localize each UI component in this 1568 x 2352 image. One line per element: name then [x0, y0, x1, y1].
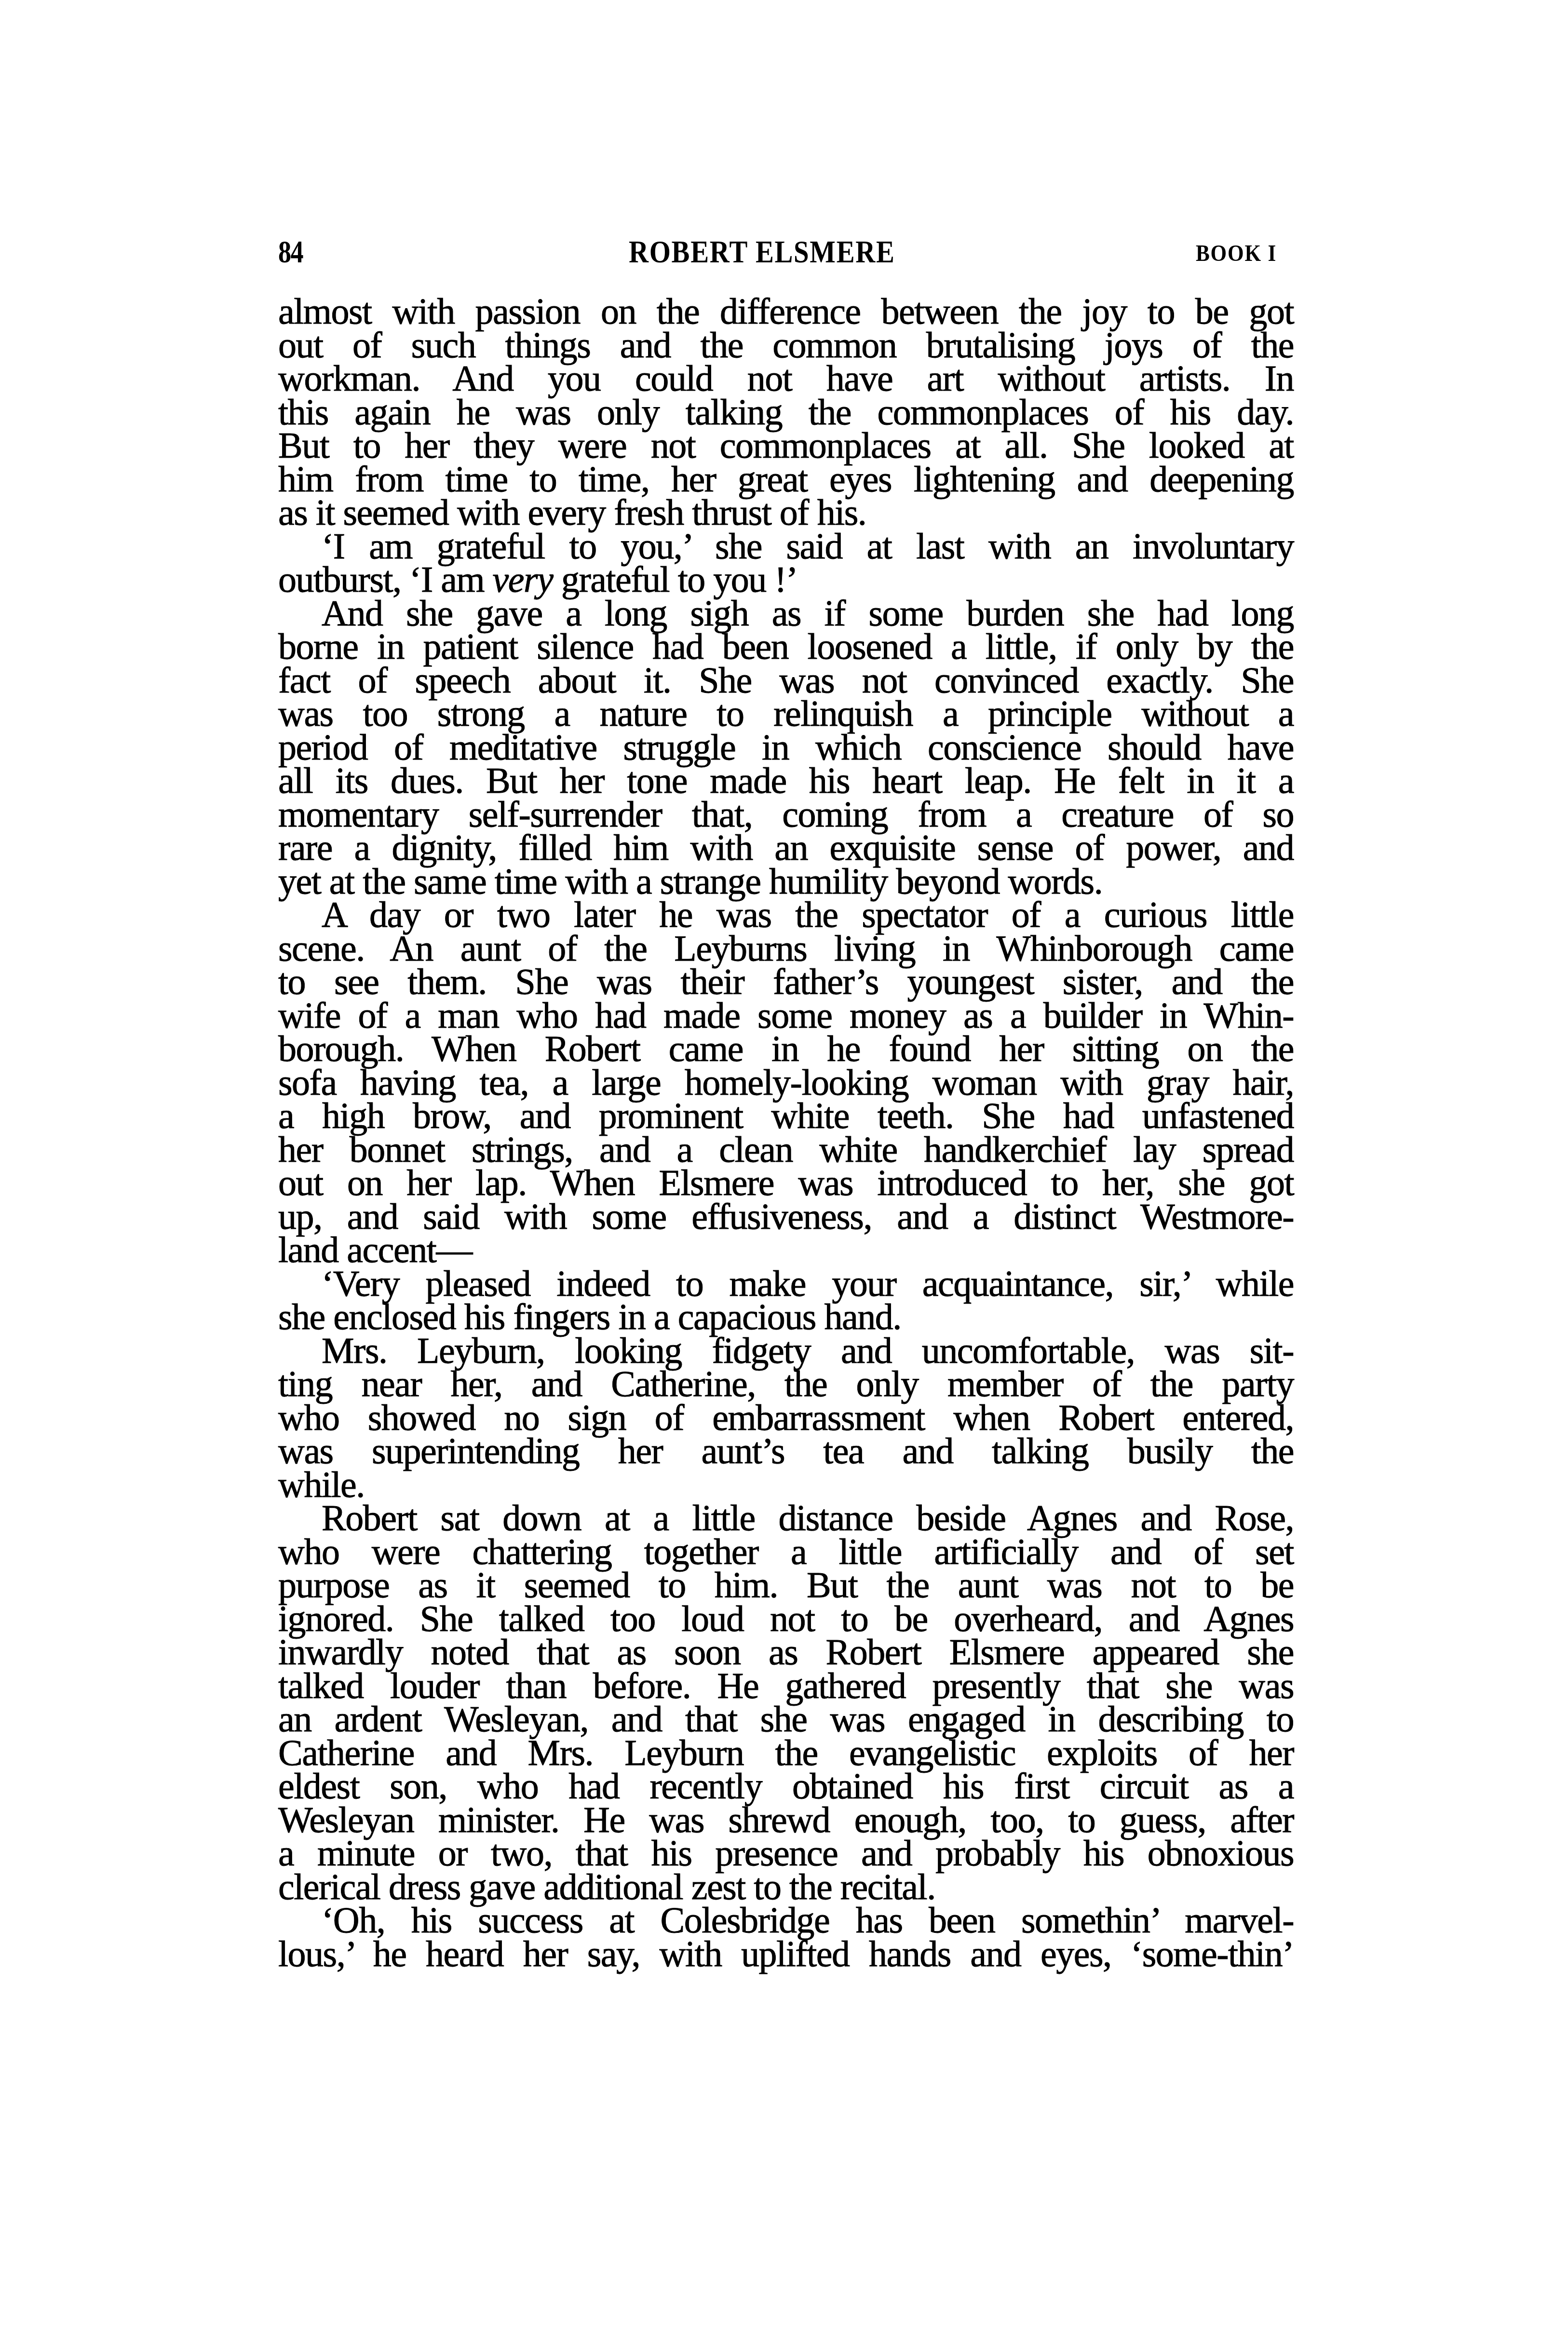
text-line: Robert sat down at a little distance bes… — [278, 1502, 1294, 1536]
text-line: her bonnet strings, and a clean white ha… — [278, 1133, 1294, 1167]
text-line: momentary self-surrender that, coming fr… — [278, 798, 1294, 832]
text-run: lous,’ he heard her say, with uplifted h… — [278, 1934, 1294, 1974]
text-line: borne in patient silence had been loosen… — [278, 630, 1294, 664]
text-line: Catherine and Mrs. Leyburn the evangelis… — [278, 1737, 1294, 1770]
text-line: an ardent Wesleyan, and that she was eng… — [278, 1703, 1294, 1737]
running-title: ROBERT ELSMERE — [629, 236, 885, 268]
text-line: outburst, ‘I am very grateful to you !’ — [278, 563, 1294, 597]
text-line: to see them. She was their father’s youn… — [278, 965, 1294, 999]
text-line: ting near her, and Catherine, the only m… — [278, 1368, 1294, 1401]
text-line: a high brow, and prominent white teeth. … — [278, 1100, 1294, 1133]
text-line: almost with passion on the difference be… — [278, 295, 1294, 329]
text-line: scene. An aunt of the Leyburns living in… — [278, 932, 1294, 966]
text-line: ‘Very pleased indeed to make your acquai… — [278, 1267, 1294, 1301]
text-line: him from time to time, her great eyes li… — [278, 463, 1294, 497]
text-line: lous,’ he heard her say, with uplifted h… — [278, 1938, 1294, 1971]
text-line: up, and said with some effusiveness, and… — [278, 1200, 1294, 1234]
text-line: A day or two later he was the spectator … — [278, 898, 1294, 932]
text-line: she enclosed his fingers in a capacious … — [278, 1301, 1294, 1334]
text-line: land accent— — [278, 1234, 1294, 1267]
text-line: ‘Oh, his success at Colesbridge has been… — [278, 1904, 1294, 1938]
text-line: yet at the same time with a strange humi… — [278, 865, 1294, 899]
text-line: And she gave a long sigh as if some burd… — [278, 597, 1294, 631]
text-line: out on her lap. When Elsmere was introdu… — [278, 1167, 1294, 1200]
book-page: 84 ROBERT ELSMERE BOOK I almost with pas… — [0, 0, 1568, 2352]
text-line: out of such things and the common brutal… — [278, 329, 1294, 363]
text-line: borough. When Robert came in he found he… — [278, 1033, 1294, 1066]
text-line: as it seemed with every fresh thrust of … — [278, 496, 1294, 530]
text-line: who showed no sign of embarrassment when… — [278, 1401, 1294, 1435]
page-number: 84 — [278, 236, 303, 268]
text-line: inwardly noted that as soon as Robert El… — [278, 1636, 1294, 1670]
text-line: ‘I am grateful to you,’ she said at last… — [278, 530, 1294, 564]
text-line: all its dues. But her tone made his hear… — [278, 764, 1294, 798]
text-line: Wesleyan minister. He was shrewd enough,… — [278, 1804, 1294, 1837]
text-line: rare a dignity, filled him with an exqui… — [278, 831, 1294, 865]
text-line: a minute or two, that his presence and p… — [278, 1837, 1294, 1871]
text-line: this again he was only talking the commo… — [278, 396, 1294, 430]
text-line: period of meditative struggle in which c… — [278, 731, 1294, 765]
text-line: workman. And you could not have art with… — [278, 362, 1294, 396]
text-line: But to her they were not commonplaces at… — [278, 429, 1294, 463]
text-line: who were chattering together a little ar… — [278, 1536, 1294, 1569]
text-run: was superintending her aunt’s tea and ta… — [278, 1431, 1294, 1471]
text-line: talked louder than before. He gathered p… — [278, 1670, 1294, 1703]
text-line: purpose as it seemed to him. But the aun… — [278, 1569, 1294, 1603]
text-line: while. — [278, 1468, 1294, 1502]
text-line: was superintending her aunt’s tea and ta… — [278, 1435, 1294, 1468]
body-text: almost with passion on the difference be… — [278, 295, 1294, 1971]
text-line: fact of speech about it. She was not con… — [278, 664, 1294, 698]
text-line: sofa having tea, a large homely-looking … — [278, 1066, 1294, 1100]
text-line: clerical dress gave additional zest to t… — [278, 1871, 1294, 1904]
text-line: ignored. She talked too loud not to be o… — [278, 1603, 1294, 1636]
text-line: was too strong a nature to relinquish a … — [278, 697, 1294, 731]
text-line: eldest son, who had recently obtained hi… — [278, 1770, 1294, 1804]
running-head: 84 ROBERT ELSMERE BOOK I — [278, 236, 1294, 268]
text-line: Mrs. Leyburn, looking fidgety and uncomf… — [278, 1334, 1294, 1368]
book-section: BOOK I — [1196, 242, 1277, 265]
text-line: wife of a man who had made some money as… — [278, 999, 1294, 1033]
